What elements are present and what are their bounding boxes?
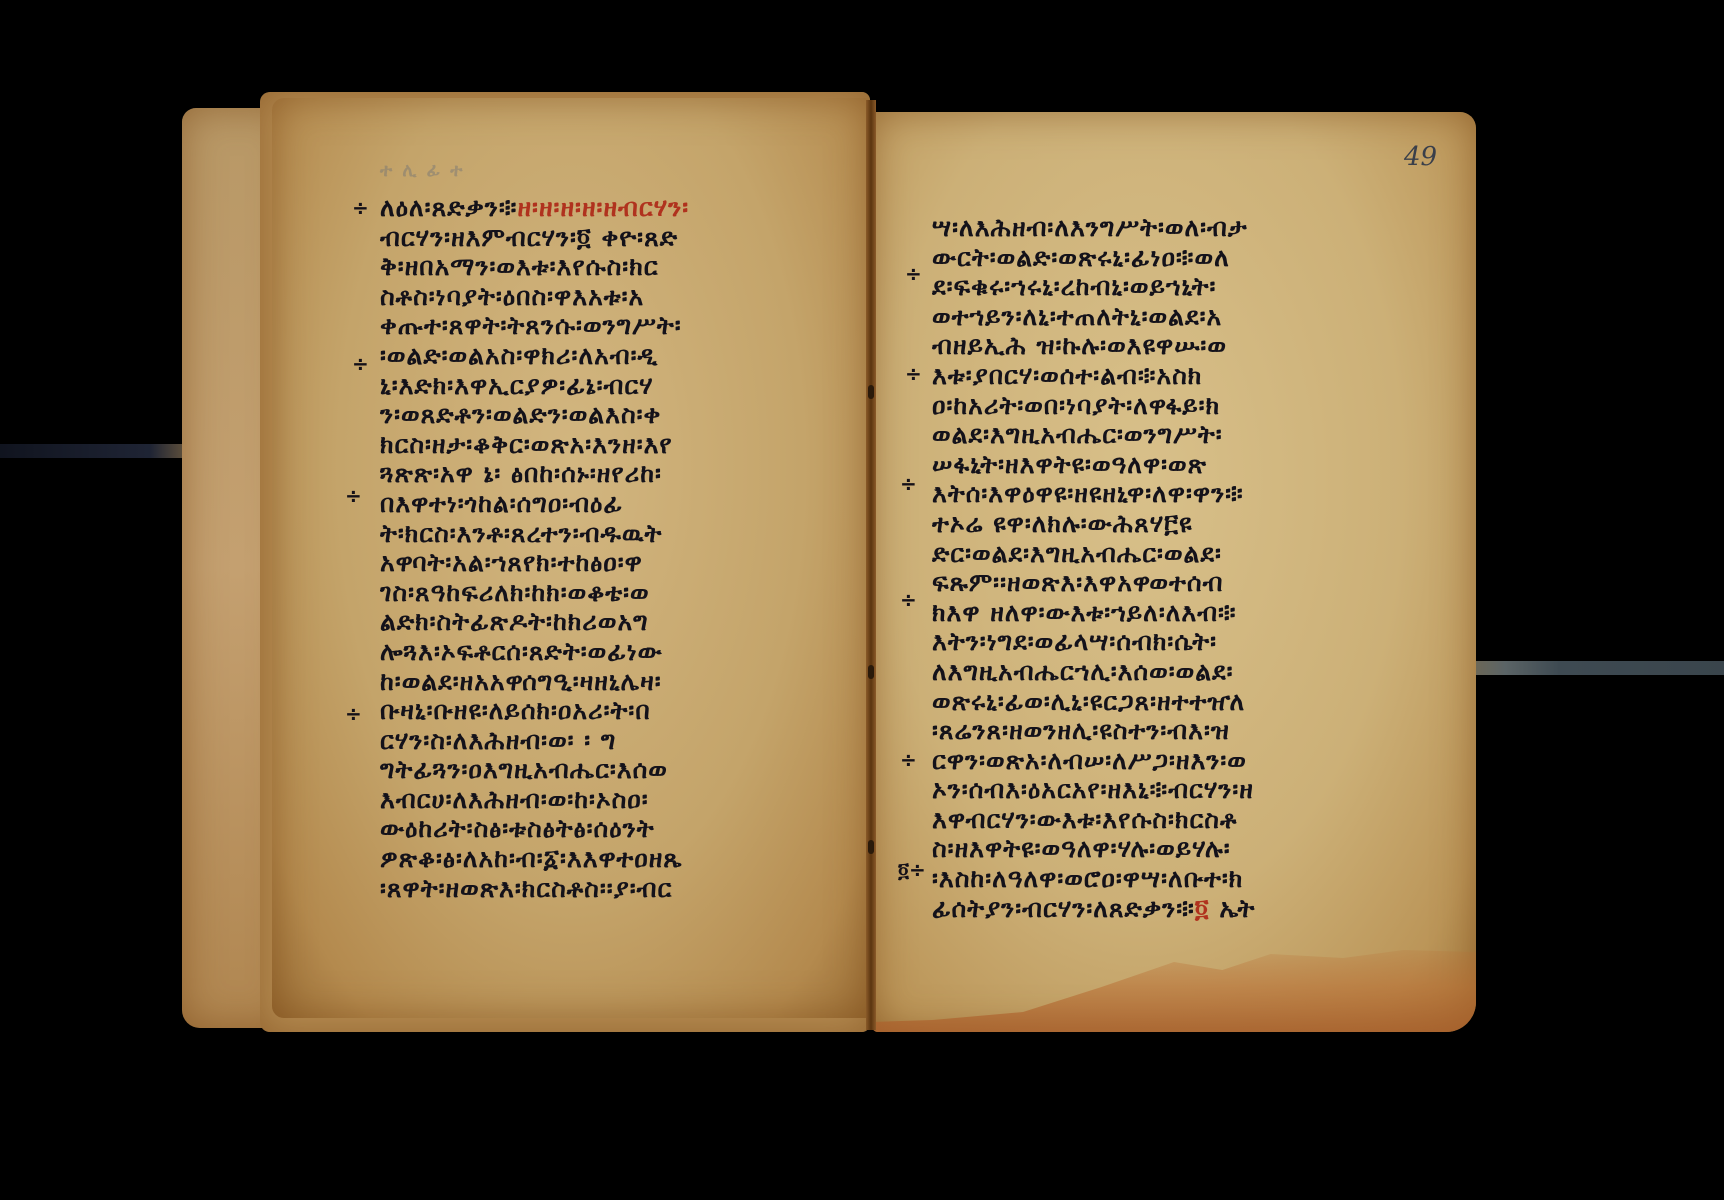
text-line: እቱ፡ያበርሃ፡ወሰተ፡ልብ፨አስክ bbox=[932, 361, 1387, 391]
text-line: ርዋን፡ወጽአ፡ለብሠ፡ለሥጋ፡ዘእን፡ወ bbox=[932, 746, 1387, 776]
text-line: ውዕከሪት፡ስፅ፡ቱስፅትፅ፡ሰዕንት bbox=[380, 814, 840, 844]
text-line: ፊሰትያን፡ብርሃን፡ለጸድቃን፨፬ ኤት bbox=[932, 894, 1387, 924]
text-line: እዋብርሃን፡ውእቱ፡እየሱስ፡ክርስቶ bbox=[932, 805, 1387, 835]
margin-mark: ÷ bbox=[352, 196, 369, 220]
left-page-text: ለዕለ፡ጸድቃን፨ዘ፡ዘ፡ዘ፡ዘ፡ዘብርሃን፡ ብርሃን፡ዘእምብርሃን፡፬ ቀ… bbox=[380, 193, 840, 903]
text-line: ፡ጸሬንጸ፡ዘወንዘሊ፡ዩስተን፡ብእ፡ዝ bbox=[932, 716, 1387, 746]
text-line: በእዋተነ፡ጎከል፡ሰግዐ፡ብዕፊ bbox=[380, 489, 840, 519]
text-line: ሣ፡ለእሕዘብ፡ለእንግሥት፡ወለ፡ብታ bbox=[932, 213, 1387, 243]
text-line: ዎጽቆ፡ፅ፡ለአከ፡ብ፡፩፡እእዋተዐዘጼ bbox=[380, 844, 840, 874]
binding-stitch bbox=[868, 385, 874, 399]
text-line: ስቶስ፡ነባያት፡ዕበስ፡ዋእአቱ፡አ bbox=[380, 282, 840, 312]
margin-mark: ÷ bbox=[345, 484, 362, 508]
text-line: ፡ወልድ፡ወልአስ፡ዋክሪ፡ለአብ፡ዲ bbox=[380, 341, 840, 371]
text-line: ደ፡ፍቁሩ፡ኀሩኒ፡ረከብኒ፡ወይኀኒት፡ bbox=[932, 272, 1387, 302]
text-line: ለዕለ፡ጸድቃን፨ዘ፡ዘ፡ዘ፡ዘ፡ዘብርሃን፡ bbox=[380, 193, 840, 223]
text-line: ክእዋ ዘለዋ፡ውእቱ፡ኀይለ፡ለእብ፨ bbox=[932, 598, 1387, 628]
text-line: ሠፋኒት፡ዘእዋትዩ፡ወዓለዋ፡ወጽ bbox=[932, 450, 1387, 480]
text-line: እብርሀ፡ለእሕዘብ፡ወ፡ከ፡ኦስዐ፡ bbox=[380, 785, 840, 815]
text-line: ቀጡተ፡ጸዋት፡ትጸንሱ፡ወንግሥት፡ bbox=[380, 311, 840, 341]
text-line: እትሰ፡እዋዕዋዩ፡ዘዩዘኒዋ፡ለዋ፡ዋን፨ bbox=[932, 479, 1387, 509]
text-line: ግትፊጓን፡ዐእግዚአብሔር፡እሰወ bbox=[380, 755, 840, 785]
folio-number: 49 bbox=[1404, 142, 1437, 172]
text-line: ገስ፡ጸዓከፍሪለክ፡ከክ፡ወቆቴ፡ወ bbox=[380, 578, 840, 608]
margin-mark: ÷ bbox=[900, 748, 917, 772]
rubric-text: ዘ፡ዘ፡ዘ፡ዘ፡ዘብርሃን፡ bbox=[517, 193, 689, 222]
water-stain bbox=[872, 932, 1476, 1032]
margin-mark: ÷ bbox=[905, 362, 922, 386]
text-line: ርሃን፡ስ፡ለእሕዘብ፡ወ፡ ፡ ግ bbox=[380, 726, 840, 756]
text-line: ድር፡ወልደ፡እግዚአብሔር፡ወልደ፡ bbox=[932, 539, 1387, 569]
text-line: ፡እስከ፡ለዓለዋ፡ወሮዐ፡ዋሣ፡ለቡተ፡ክ bbox=[932, 864, 1387, 894]
margin-mark: ÷ bbox=[352, 352, 369, 376]
text-line: ን፡ወጸድቶን፡ወልድን፡ወልእስ፡ቀ bbox=[380, 400, 840, 430]
text-line: ተኦሬ ዩዋ፡ለክሉ፡ውሕጸሃ፫ዩ bbox=[932, 509, 1387, 539]
text-line: ጓጽጽ፡አዋ ኔ፡ ፅበከ፡ሰኑ፡ዘየሪከ፡ bbox=[380, 459, 840, 489]
text-line: ፡ጸዋት፡ዘወጽእ፡ክርስቶስ፡፡ያ፡ብር bbox=[380, 874, 840, 904]
margin-mark: ÷ bbox=[900, 472, 917, 496]
margin-mark: ÷ bbox=[905, 262, 922, 286]
text-line: ት፡ክርስ፡እንቶ፡ጸረተን፡ብዱዉት bbox=[380, 519, 840, 549]
text-line: ዐ፡ከአሪት፡ወበ፡ነባያት፡ለዋፋይ፡ክ bbox=[932, 391, 1387, 421]
text-line: ብዘይኢሕ ዝ፡ኩሉ፡ወእዩዋሡ፡ወ bbox=[932, 331, 1387, 361]
text-line: ኒ፡እድክ፡እዋኢርያዎ፡ፊኔ፡ብርሃ bbox=[380, 371, 840, 401]
text-line: ወተኀይን፡ለኒ፡ተጠለትኒ፡ወልደ፡አ bbox=[932, 302, 1387, 332]
text-line: አዋባት፡አል፡ኀጸየክ፡ተከፅዐ፡ዋ bbox=[380, 548, 840, 578]
right-bookmark-strip bbox=[1450, 661, 1724, 675]
text-line: ክርስ፡ዘታ፡ቆቅር፡ወጽአ፡እንዘ፡እየ bbox=[380, 430, 840, 460]
rubric-mark: ፬ bbox=[1195, 894, 1210, 923]
text-line: ለእግዚአብሔርኀሊ፡እሰወ፡ወልደ፡ bbox=[932, 657, 1387, 687]
text-line: እትን፡ነግደ፡ወፊላሣ፡ሰብክ፡ሴት፡ bbox=[932, 627, 1387, 657]
margin-mark: ÷ bbox=[900, 588, 917, 612]
text-line: ብርሃን፡ዘእምብርሃን፡፬ ቀዮ፡ጸድ bbox=[380, 223, 840, 253]
manuscript-photo: 49 ተ ሊ ፊ ተ ÷ ÷ ÷ ÷ ÷ ÷ ÷ ÷ ÷ ፬÷ ለዕለ፡ጸድቃን… bbox=[0, 0, 1724, 1200]
text-line: ቡዛኒ፡ቡዘዩ፡ለይሰክ፡ዐአሪ፡ት፡በ bbox=[380, 696, 840, 726]
text-line: ወጽሩኒ፡ፊወ፡ሊኒ፡ዩርጋጸ፡ዘተተዠለ bbox=[932, 687, 1387, 717]
text-line: ኦን፡ሰብእ፡ዕአርአየ፡ዘእኒ፨ብርሃን፡ዘ bbox=[932, 775, 1387, 805]
ghost-text: ተ ሊ ፊ ተ bbox=[380, 160, 464, 181]
text-line: ከ፡ወልደ፡ዘአአዋሰግዒ፡ዛዘኒሌዛ፡ bbox=[380, 667, 840, 697]
binding-stitch bbox=[868, 840, 874, 854]
book-spine bbox=[866, 100, 876, 1030]
binding-stitch bbox=[868, 665, 874, 679]
text-line: ስ፡ዘእዋትዩ፡ወዓለዋ፡ሃሉ፡ወይሃሉ፡ bbox=[932, 834, 1387, 864]
text-line: ወልደ፡እግዚአብሔር፡ወንግሥት፡ bbox=[932, 420, 1387, 450]
text-line: ቅ፡ዘበአማን፡ወእቱ፡እየሱስ፡ክር bbox=[380, 252, 840, 282]
text-line: ውርት፡ወልድ፡ወጽሩኒ፡ፊነዐ፨ወለ bbox=[932, 243, 1387, 273]
text-line: ፍጹም፡፡ዘወጽእ፡እዋአዋወተሰብ bbox=[932, 568, 1387, 598]
right-page-text: ሣ፡ለእሕዘብ፡ለእንግሥት፡ወለ፡ብታ ውርት፡ወልድ፡ወጽሩኒ፡ፊነዐ፨ወለ… bbox=[932, 213, 1387, 923]
margin-mark: ፬÷ bbox=[898, 858, 926, 882]
text-line: ሎጓእ፡ኦፍቶርሰ፡ጸድት፡ወፊነው bbox=[380, 637, 840, 667]
text-line: ልድክ፡ስትፊጽዶት፡ከክሪወአግ bbox=[380, 607, 840, 637]
margin-mark: ÷ bbox=[345, 702, 362, 726]
